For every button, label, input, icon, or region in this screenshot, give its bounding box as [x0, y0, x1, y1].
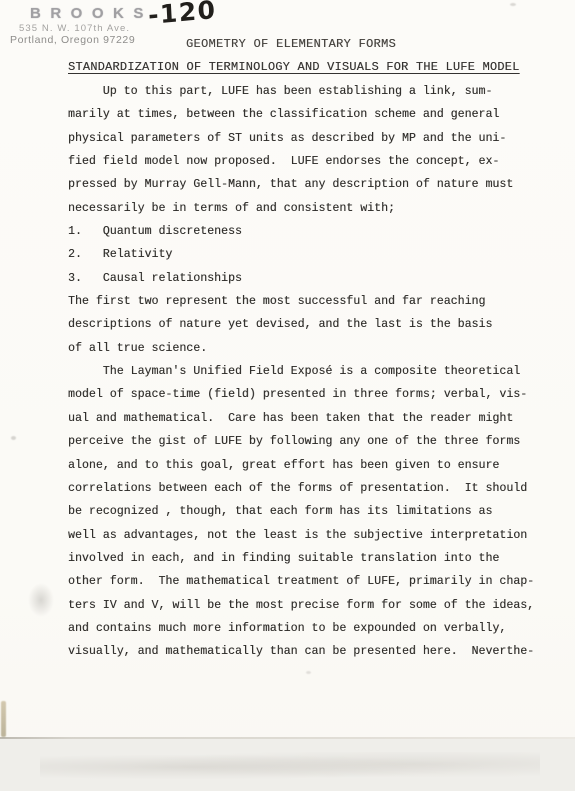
text-line: The first two represent the most success… [68, 290, 534, 313]
text-line: and contains much more information to be… [68, 617, 534, 640]
scan-smudge-dark [1, 701, 6, 737]
text-line: 2. Relativity [68, 243, 534, 266]
text-line: visually, and mathematically than can be… [68, 640, 534, 663]
text-line: 1. Quantum discreteness [68, 220, 534, 243]
text-line: fied field model now proposed. LUFE endo… [68, 150, 534, 173]
text-line: 3. Causal relationships [68, 267, 534, 290]
scanned-document-page: BROOKS 535 N. W. 107th Ave. Portland, Or… [0, 0, 575, 791]
text-line: perceive the gist of LUFE by following a… [68, 430, 534, 453]
text-line: ters IV and V, will be the most precise … [68, 594, 534, 617]
text-line: alone, and to this goal, great effort ha… [68, 454, 534, 477]
text-line: be recognized , though, that each form h… [68, 500, 534, 523]
text-line: of all true science. [68, 337, 534, 360]
scan-smudge [28, 583, 54, 617]
text-line: model of space-time (field) presented in… [68, 383, 534, 406]
text-line: ual and mathematical. Care has been take… [68, 407, 534, 430]
text-line: marily at times, between the classificat… [68, 103, 534, 126]
text-line: necessarily be in terms of and consisten… [68, 197, 534, 220]
scan-speck [11, 436, 16, 440]
section-heading: STANDARDIZATION OF TERMINOLOGY AND VISUA… [68, 60, 519, 74]
document-title: GEOMETRY OF ELEMENTARY FORMS [186, 37, 396, 51]
text-line: pressed by Murray Gell-Mann, that any de… [68, 173, 534, 196]
stamp-address-line2: Portland, Oregon 97229 [10, 34, 135, 46]
text-line: descriptions of nature yet devised, and … [68, 313, 534, 336]
stamp-name: BROOKS [30, 5, 153, 22]
text-line: involved in each, and in finding suitabl… [68, 547, 534, 570]
text-line: correlations between each of the forms o… [68, 477, 534, 500]
scan-speck [306, 671, 311, 674]
text-line: physical parameters of ST units as descr… [68, 127, 534, 150]
text-line: other form. The mathematical treatment o… [68, 570, 534, 593]
text-line: well as advantages, not the least is the… [68, 524, 534, 547]
handwritten-page-number: -120 [147, 0, 217, 30]
body-text: Up to this part, LUFE has been establish… [68, 80, 534, 664]
scan-background-below-page [0, 739, 575, 791]
scan-speck [510, 3, 516, 6]
text-line: Up to this part, LUFE has been establish… [68, 80, 534, 103]
text-line: The Layman's Unified Field Exposé is a c… [68, 360, 534, 383]
stamp-address-line1: 535 N. W. 107th Ave. [19, 23, 130, 34]
